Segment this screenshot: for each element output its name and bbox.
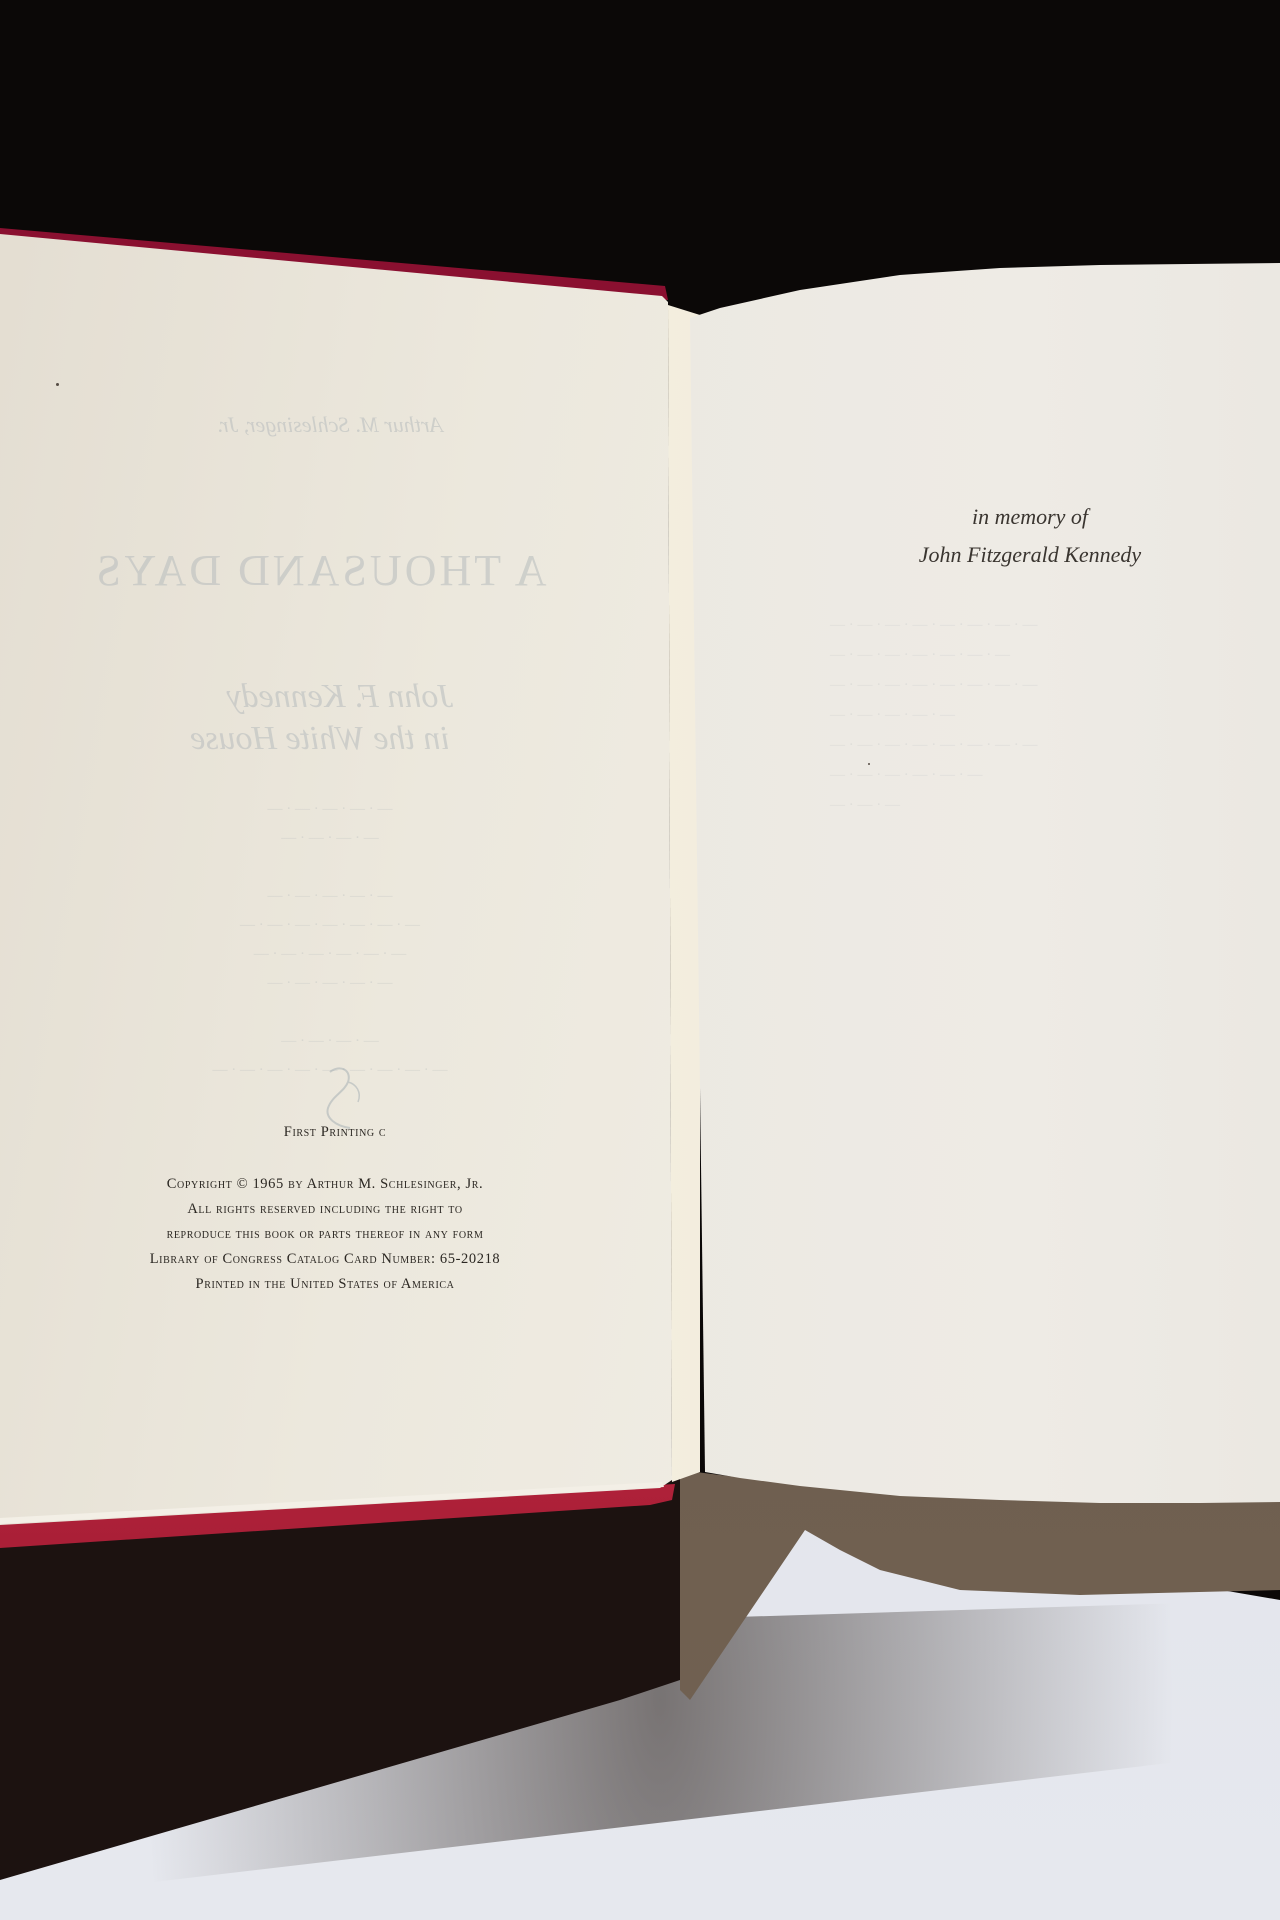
paper-speck <box>868 763 870 765</box>
copyright-line: Library of Congress Catalog Card Number:… <box>90 1247 560 1272</box>
show-through-right-page: — · — · — · — · — · — · — · — — · — · — … <box>830 610 1250 820</box>
dedication: in memory of John Fitzgerald Kennedy <box>830 498 1230 574</box>
dedication-line-2: John Fitzgerald Kennedy <box>830 536 1230 574</box>
show-through-subtitle-2: in the White House <box>170 720 470 758</box>
show-through-subtitle-1: John F. Kennedy <box>190 678 490 716</box>
copyright-line: Copyright © 1965 by Arthur M. Schlesinge… <box>90 1172 560 1197</box>
first-printing-label: First Printing c <box>240 1124 430 1141</box>
copyright-block: Copyright © 1965 by Arthur M. Schlesinge… <box>90 1172 560 1297</box>
copyright-line: reproduce this book or parts thereof in … <box>90 1222 560 1247</box>
show-through-author: Arthur M. Schlesinger, Jr. <box>180 412 480 438</box>
publisher-ornament-icon <box>310 1062 370 1132</box>
show-through-title: A THOUSAND DAYS <box>60 545 580 596</box>
copyright-line: All rights reserved including the right … <box>90 1197 560 1222</box>
paper-speck <box>56 383 59 386</box>
dedication-line-1: in memory of <box>830 498 1230 536</box>
copyright-line: Printed in the United States of America <box>90 1272 560 1297</box>
show-through-contents: — · — · — · — · — — · — · — · — — · — · … <box>80 795 580 1085</box>
